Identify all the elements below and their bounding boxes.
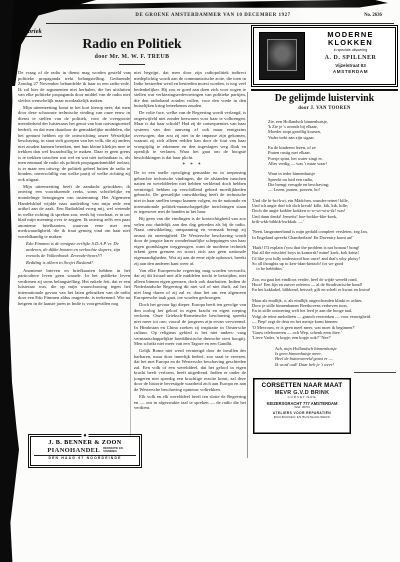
section-separator: * * * (134, 162, 246, 169)
ad-corsetten: CORSETTEN NAAR MAAT MEVR G.V.D BRINK COR… (253, 378, 351, 434)
poem-stanza: 'Hark! I'll explain t'you that the probl… (252, 245, 398, 272)
column-rule-1 (130, 72, 131, 448)
paragraph: De vraag of de radio in dienst mag worde… (18, 70, 130, 103)
ad-corset-phone: Telef. 36701 (254, 406, 350, 410)
paragraph: Doch het gevaar ligt dieper. Europa heef… (134, 302, 246, 346)
article-byline: door Mr. M. W. F. TREUB (18, 54, 246, 61)
newspaper-page: DE GROENE AMSTERDAMMER VAN 10 DECEMBER 1… (0, 0, 400, 562)
ad-klokken-text: MODERNE KLOKKEN in speciale uitvoering A… (309, 31, 392, 74)
ad-klokken-title: MODERNE KLOKKEN (309, 31, 392, 47)
header-rule (46, 23, 394, 24)
ad-benner-services: REPARATIE EN STEMMEN (103, 447, 123, 453)
ornament-icon: ♦ (81, 433, 88, 439)
ad-benner-trade: PIANOHANDEL (47, 447, 100, 454)
clock-face-icon (267, 39, 297, 71)
article-column-1: De vraag of de radio in dienst mag worde… (18, 70, 130, 432)
poem-stanza: Zie, een Hollandsch binnenhuisje, 'k Zie… (268, 119, 398, 140)
article-title: Radio en Politiek (18, 36, 246, 51)
scan-artifact-left-edge (0, 0, 20, 562)
column-rule-2 (247, 92, 248, 458)
reader-quote: Redding is alleen in Sovjet Rusland! (26, 260, 128, 266)
ad-klokken-city: AMSTERDAM (309, 69, 392, 75)
ad-klokken-subtitle: in speciale uitvoering (309, 48, 392, 53)
poem-end-rule (354, 372, 396, 373)
ad-benner-pianohandel: ♦ J. B. BENNER & ZOON PIANOHANDEL REPARA… (30, 436, 140, 466)
ad-corset-subtitle: CORSETIÈRE (254, 396, 350, 400)
poem-stanza: Maar als eindlijk, o, als eindlijk onges… (252, 298, 398, 341)
clock-icon (259, 32, 305, 80)
poem-stanza: 'Und die bi-bri-kwi, ein Mädchen, wunder… (252, 198, 398, 225)
masthead: DE GROENE AMSTERDAMMER VAN 10 DECEMBER 1… (88, 13, 338, 19)
poem-title: De gelijmde luistervink (251, 93, 398, 104)
article-header: Radio en Politiek door Mr. M. W. F. TREU… (18, 36, 246, 65)
section-rule (251, 89, 398, 91)
ad-moderne-klokken: MODERNE KLOKKEN in speciale uitvoering A… (253, 27, 396, 85)
ad-benner-row: PIANOHANDEL REPARATIE EN STEMMEN (31, 447, 139, 454)
poem-byline: door J. VAN TOOREN (251, 106, 398, 112)
poem-final-stanza: Ach, mijn Hollandsch binnenhuisje Is gee… (275, 346, 398, 367)
paragraph: Anonieme brieven en briefkaarten hebben … (18, 268, 130, 307)
poem-stanza: Zoo, nu gaat het eindloos verder, heel d… (252, 277, 398, 293)
byline-rule (119, 64, 145, 65)
poem-stanza: En de kinderen lezen, of ze Praten rusti… (268, 145, 398, 166)
paragraph: Van elke Europeesche regeering mag worde… (134, 268, 246, 301)
paragraph: De in een snelle opvolging gemaakte en i… (134, 170, 246, 214)
article-column-2: niet begrijpt, dat men door zijn radiopo… (134, 70, 246, 460)
reader-quote: Edo Fimmen is de eenigste eerlijke S.D.A… (26, 241, 128, 258)
poem-stanza: 'Neen, langzamerhand is mijn geduld comp… (252, 229, 398, 240)
issue-number: No. 2636 (350, 13, 396, 19)
ad-corset-line2: BUIKBANDEN EN BUSTEHOUDERS (254, 416, 350, 420)
paragraph: Elk volk en elk werelddeel heeft ten slo… (134, 394, 246, 411)
paragraph: De volte face, welke van de Regeering wo… (134, 110, 246, 160)
ad-benner-name: J. B. BENNER & ZOON (31, 439, 139, 446)
paragraph: Gelijk Rome niet werd vernietigd door de… (134, 348, 246, 392)
ad-benner-address: DEN HAAG 97 NOORDEINDE (34, 455, 136, 461)
poem-stanza: Want in ieder binnenhuisje Spreekt nu lu… (268, 171, 398, 192)
right-column: MODERNE KLOKKEN in speciale uitvoering A… (251, 27, 398, 434)
paragraph: Bij geen van die vindingen is de kortzic… (134, 216, 246, 266)
ad-klokken-name: A. D. SPILLNER (309, 55, 392, 62)
paragraph: Mijn uiteenzetting heeft de aandacht get… (18, 184, 130, 239)
paragraph: niet begrijpt, dat men door zijn radiopo… (134, 70, 246, 109)
ad-corset-headline: CORSETTEN NAAR MAAT (254, 382, 350, 389)
paragraph: Mijn uiteenzetting komt in het kort hier… (18, 105, 130, 183)
